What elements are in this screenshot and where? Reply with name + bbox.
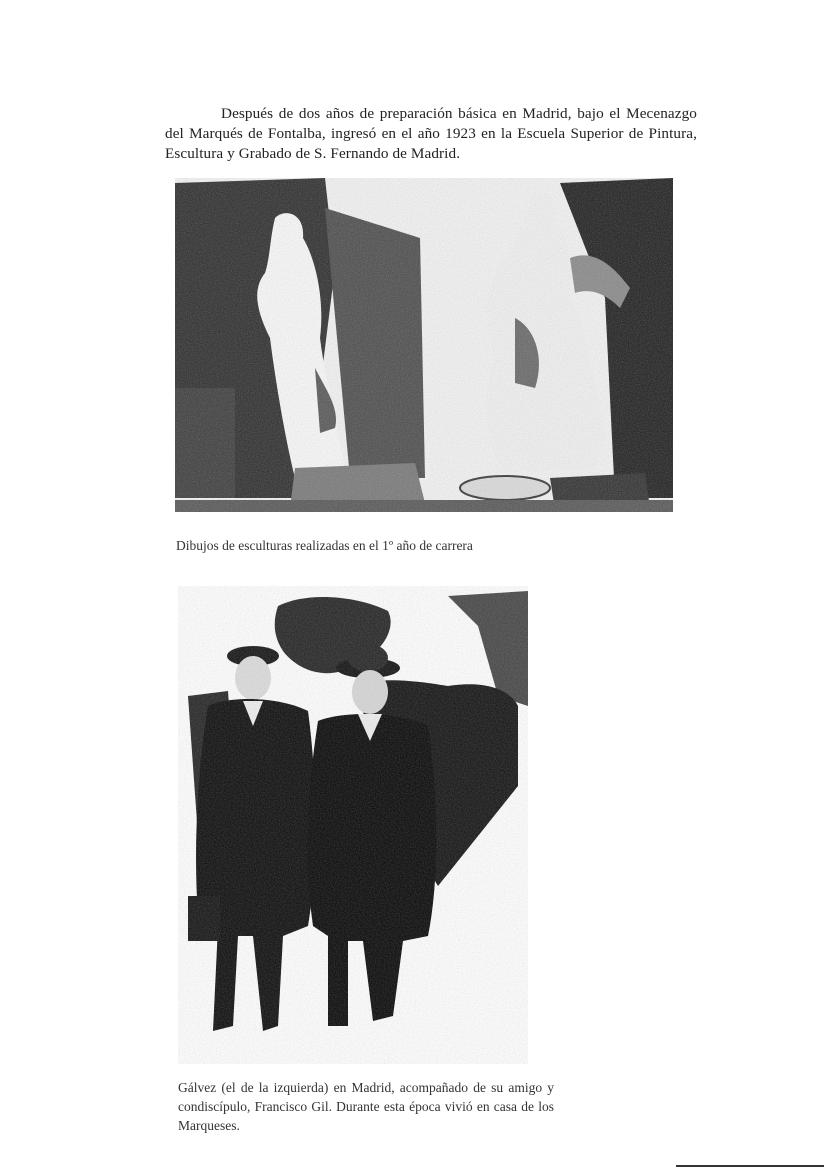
- body-paragraph: Después de dos años de preparación básic…: [165, 104, 697, 164]
- walking-men-photo: [178, 586, 528, 1064]
- page-edge-line: [676, 1165, 824, 1167]
- figure-caption-1: Dibujos de esculturas realizadas en el 1…: [176, 538, 473, 554]
- sculpture-photo: [175, 178, 673, 512]
- figure-caption-2: Gálvez (el de la izquierda) en Madrid, a…: [178, 1078, 554, 1135]
